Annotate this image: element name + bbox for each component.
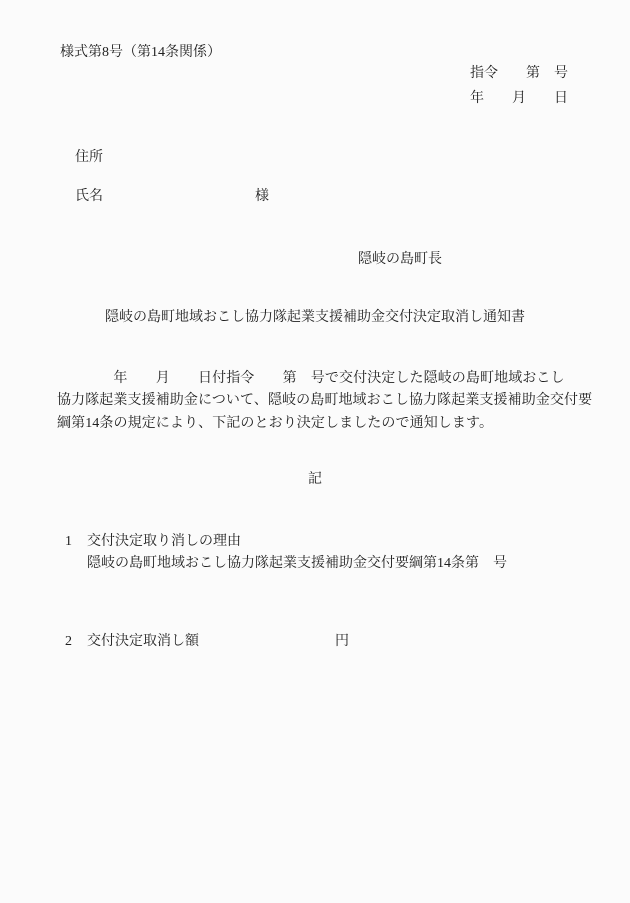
document-title: 隠岐の島町地域おこし協力隊起業支援補助金交付決定取消し通知書 xyxy=(0,311,630,325)
item-1-detail: 隠岐の島町地域おこし協力隊起業支援補助金交付要綱第14条第 号 xyxy=(87,557,507,571)
form-number: 様式第8号（第14条関係） xyxy=(60,46,221,60)
item-1: 1 交付決定取り消しの理由 xyxy=(65,535,241,549)
body-line-1: 年 月 日付指令 第 号で交付決定した隠岐の島町地域おこし xyxy=(57,368,577,390)
directive-number-line: 指令 第 号 xyxy=(470,67,568,81)
body-line-2: 協力隊起業支援補助金について、隠岐の島町地域おこし協力隊起業支援補助金交付要 xyxy=(57,390,577,412)
mayor-title: 隠岐の島町長 xyxy=(358,253,442,267)
name-label: 氏名 xyxy=(75,190,103,204)
issue-date-line: 年 月 日 xyxy=(470,92,568,106)
body-paragraph: 年 月 日付指令 第 号で交付決定した隠岐の島町地域おこし 協力隊起業支援補助金… xyxy=(57,368,577,435)
item-2-number: 2 xyxy=(65,635,72,649)
item-1-label: 交付決定取り消しの理由 xyxy=(87,535,241,549)
item-2: 2 交付決定取消し額 xyxy=(65,635,199,649)
item-2-label: 交付決定取消し額 xyxy=(87,635,199,649)
body-line-3: 綱第14条の規定により、下記のとおり決定しましたので通知します。 xyxy=(57,413,577,435)
document-page: 様式第8号（第14条関係） 指令 第 号 年 月 日 住所 氏名 様 隠岐の島町… xyxy=(0,0,630,903)
address-label: 住所 xyxy=(75,151,103,165)
honorific-label: 様 xyxy=(255,190,269,204)
item-1-number: 1 xyxy=(65,535,72,549)
item-2-unit: 円 xyxy=(335,635,349,649)
record-marker: 記 xyxy=(0,473,630,487)
